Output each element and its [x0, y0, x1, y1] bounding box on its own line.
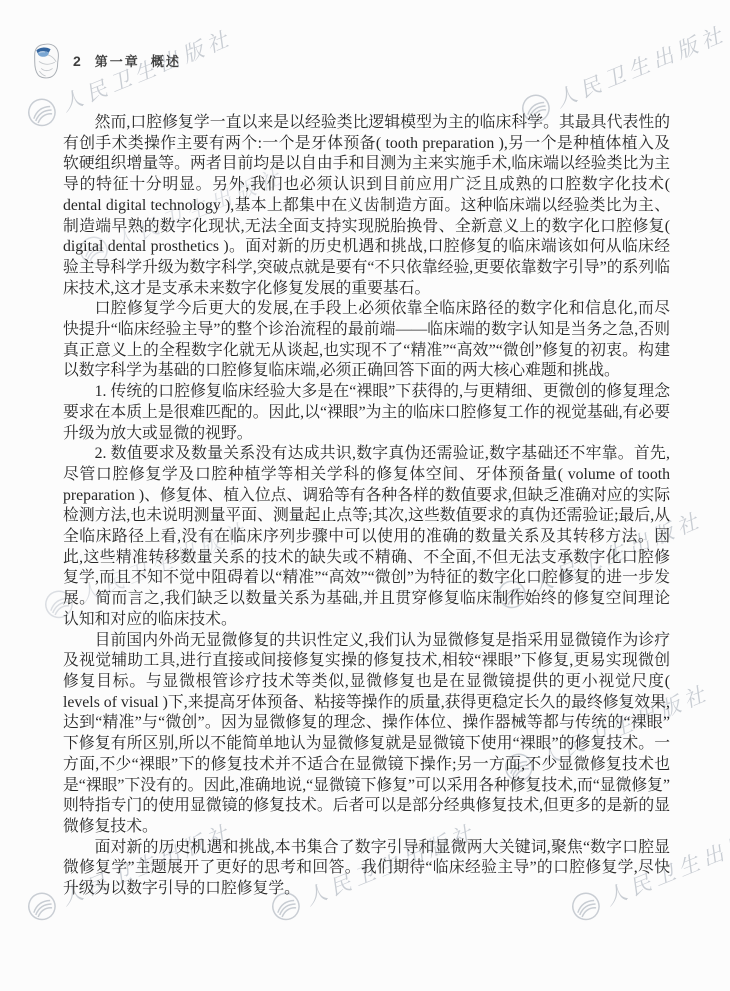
- molar-tooth-icon: [28, 42, 64, 79]
- paragraph-conclusion: 面对新的历史机遇和挑战,本书集合了数字引导和显微两大关键词,聚焦“数字口腔显微修…: [63, 838, 670, 900]
- pmph-logo-icon: [22, 93, 61, 132]
- paragraph-micro-restoration: 目前国内外尚无显微修复的共识性定义,我们认为显微修复是指采用显微镜作为诊疗及视觉…: [63, 631, 670, 838]
- pmph-logo-icon: [22, 887, 61, 926]
- paragraph-development: 口腔修复学今后更大的发展,在手段上必须依靠全临床路径的数字化和信息化,而尽快提升…: [63, 299, 670, 382]
- section-label: 概述: [151, 51, 181, 70]
- watermark-text: 人民卫生出版社: [551, 18, 730, 114]
- paragraph-challenge-2: 2. 数值要求及数量关系没有达成共识,数字真伪还需验证,数字基础还不牢靠。首先,…: [63, 444, 670, 630]
- paragraph-intro: 然而,口腔修复学一直以来是以经验类比逻辑模型为主的临床科学。其最具代表性的有创手…: [63, 113, 670, 299]
- book-page: 人民卫生出版社 人民卫生出版社 人民卫生出版社: [0, 0, 730, 991]
- paragraph-challenge-1: 1. 传统的口腔修复临床经验大多是在“裸眼”下获得的,与更精细、更微创的修复理念…: [63, 382, 670, 444]
- body-text: 然而,口腔修复学一直以来是以经验类比逻辑模型为主的临床科学。其最具代表性的有创手…: [63, 113, 670, 900]
- page-number: 2: [73, 53, 81, 69]
- chapter-label: 第一章: [95, 51, 140, 70]
- page-header: 2 第一章 概述: [28, 42, 181, 79]
